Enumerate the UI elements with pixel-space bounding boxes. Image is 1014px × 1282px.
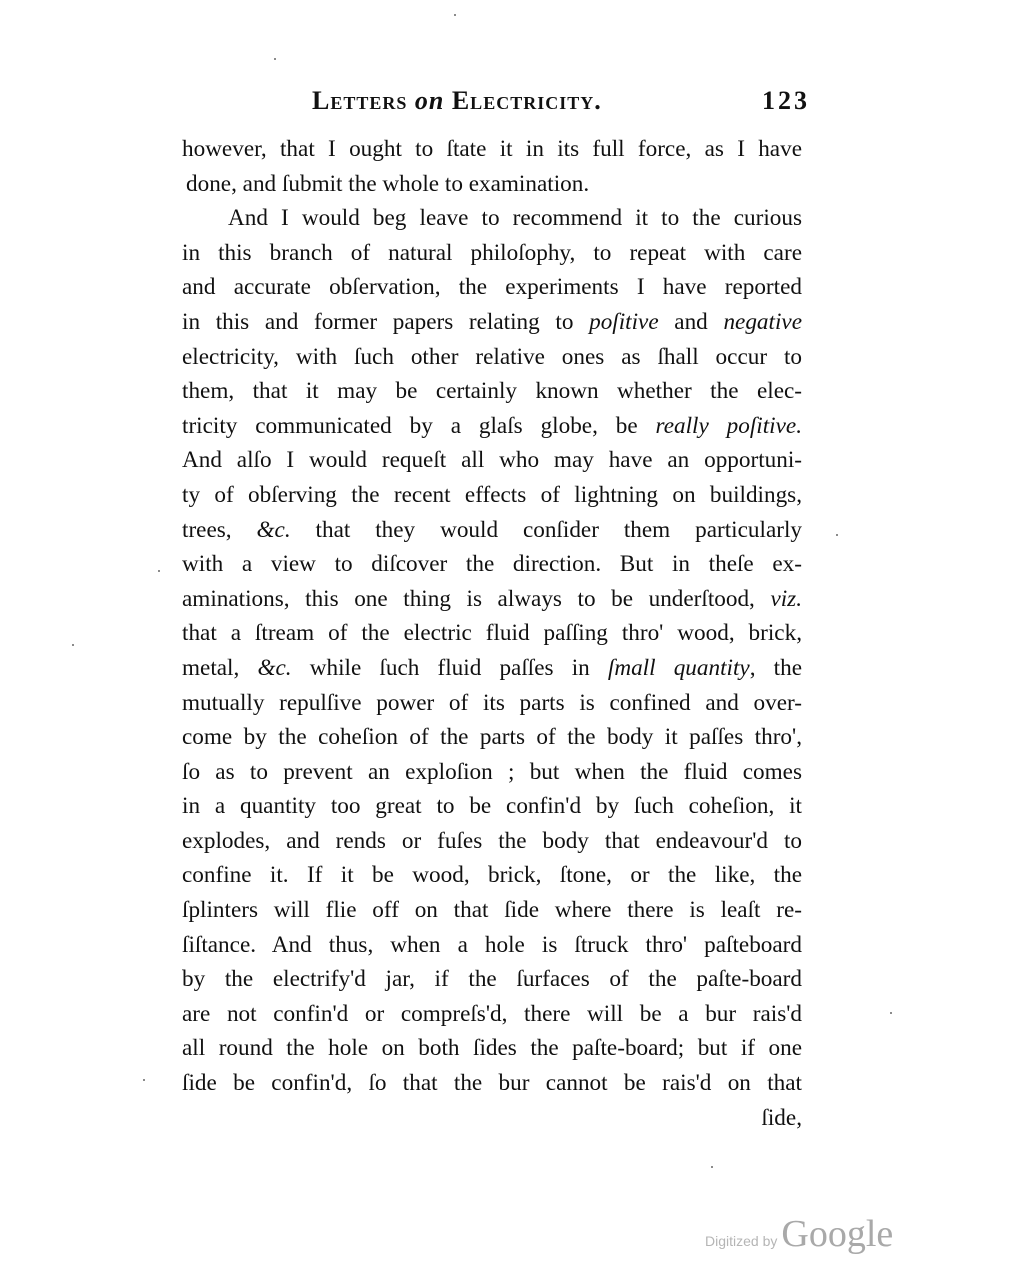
book-page: Letters on Electricity. 123 however, tha…	[0, 0, 1014, 1282]
text-line: ſplinters will flie off on that ſide whe…	[182, 893, 802, 928]
text-line: metal, &c. while ſuch fluid paſſes in ſm…	[182, 651, 802, 686]
text-line: in this and former papers relating to po…	[182, 305, 802, 340]
text-line: mutually repulſive power of its parts is…	[182, 686, 802, 721]
text-span: and	[659, 309, 724, 335]
text-span: aminations, this one thing is always to …	[182, 586, 770, 612]
page-number: 123	[762, 86, 810, 116]
text-line: by the electrify'd jar, if the ſurfaces …	[182, 962, 802, 997]
scan-speck	[711, 1166, 713, 1168]
italic-span: poſitive	[589, 309, 659, 335]
google-logo: Google	[781, 1213, 893, 1255]
text-line: come by the coheſion of the parts of the…	[182, 720, 802, 755]
text-line: electricity, with ſuch other relative on…	[182, 340, 802, 375]
body-text: however, that I ought to ſtate it in its…	[182, 132, 802, 1135]
text-line: explodes, and rends or fuſes the body th…	[182, 824, 802, 859]
italic-span: &c.	[257, 517, 291, 543]
watermark-prefix: Digitized by	[705, 1233, 777, 1249]
digitized-by-google-watermark: Digitized by Google	[705, 1212, 893, 1252]
text-line: are not confin'd or compreſs'd, there wi…	[182, 997, 802, 1032]
scan-speck	[836, 534, 838, 536]
text-line: ty of obſerving the recent effects of li…	[182, 478, 802, 513]
text-line: trees, &c. that they would conſider them…	[182, 513, 802, 548]
italic-span: ſmall quantity	[608, 655, 750, 681]
text-line: them, that it may be certainly known whe…	[182, 374, 802, 409]
text-line: with a view to diſcover the direction. B…	[182, 547, 802, 582]
text-span: in this and former papers relating to	[182, 309, 589, 335]
text-span: trees,	[182, 517, 257, 543]
running-head: Letters on Electricity. 123	[290, 86, 810, 126]
text-line: And alſo I would requeſt all who may hav…	[182, 443, 802, 478]
text-line: ſiſtance. And thus, when a hole is ſtruc…	[182, 928, 802, 963]
running-head-title-on: on	[415, 86, 444, 115]
text-line: ſide be confin'd, ſo that the bur cannot…	[182, 1066, 802, 1101]
text-line: done, and ſubmit the whole to examinatio…	[186, 167, 802, 202]
catchword: ſide,	[182, 1101, 802, 1136]
italic-span: viz.	[770, 586, 802, 612]
text-line: that a ſtream of the electric fluid paſſ…	[182, 616, 802, 651]
italic-span: really poſitive.	[656, 413, 802, 439]
text-span: that they would conſider them particular…	[291, 517, 802, 543]
text-line: ſo as to prevent an exploſion ; but when…	[182, 755, 802, 790]
text-line: in this branch of natural philoſophy, to…	[182, 236, 802, 271]
text-span: , the	[750, 655, 802, 681]
text-line: however, that I ought to ſtate it in its…	[182, 132, 802, 167]
italic-span: &c.	[257, 655, 291, 681]
running-head-title-part1: Letters	[312, 86, 407, 115]
running-head-title-part2: Electricity.	[452, 86, 602, 115]
text-line: tricity communicated by a glaſs globe, b…	[182, 409, 802, 444]
text-line: and accurate obſervation, the experiment…	[182, 270, 802, 305]
scan-speck	[158, 570, 160, 572]
text-span: tricity communicated by a glaſs globe, b…	[182, 413, 656, 439]
scan-speck	[72, 644, 74, 646]
scan-speck	[454, 14, 456, 16]
running-head-title: Letters on Electricity.	[312, 86, 602, 116]
text-span: while ſuch fluid paſſes in	[292, 655, 608, 681]
text-line: in a quantity too great to be confin'd b…	[182, 789, 802, 824]
text-line: all round the hole on both ſides the paſ…	[182, 1031, 802, 1066]
scan-speck	[143, 1079, 145, 1081]
paragraph-start-line: And I would beg leave to recommend it to…	[182, 201, 802, 236]
italic-span: negative	[723, 309, 802, 335]
scan-speck	[890, 1012, 892, 1014]
text-span: metal,	[182, 655, 257, 681]
text-line: aminations, this one thing is always to …	[182, 582, 802, 617]
text-line: confine it. If it be wood, brick, ſtone,…	[182, 858, 802, 893]
scan-speck	[274, 58, 276, 60]
